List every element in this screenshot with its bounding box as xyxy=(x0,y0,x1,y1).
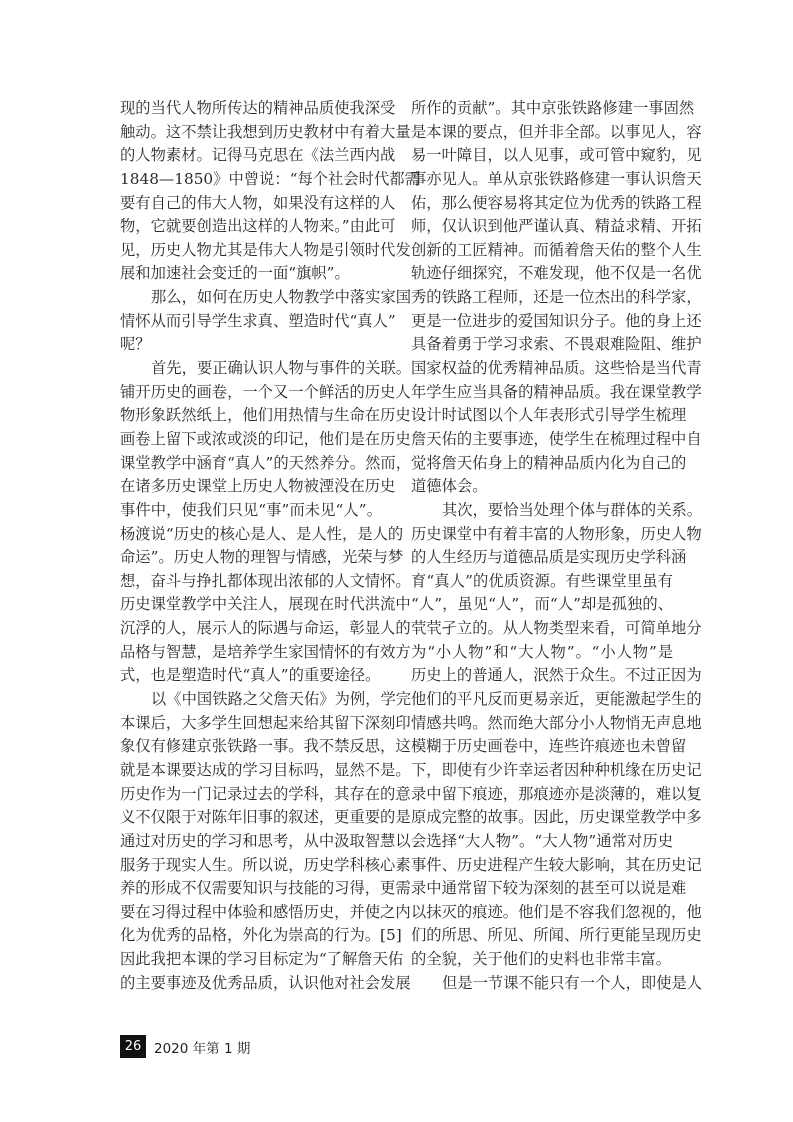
text-line: 轨迹仔细探究，不难发现，他不仅是一名优 xyxy=(411,262,673,286)
text-line: 詹天佑的主要事迹，使学生在梳理过程中自 xyxy=(411,428,673,452)
text-line: 呢？ xyxy=(120,333,382,357)
text-line: 的人物素材。记得马克思在《法兰西内战 xyxy=(120,144,382,168)
text-line: 就是本课要达成的学习目标吗，显然不是。 xyxy=(120,759,382,783)
text-line: 物形象跃然纸上，他们用热情与生命在历史 xyxy=(120,404,382,428)
text-line: 历史课堂教学中关注人，展现在时代洪流中 xyxy=(120,593,382,617)
text-line: 秀的铁路工程师，还是一位杰出的科学家， xyxy=(411,286,673,310)
text-line: 原成完整的故事。因此，历史课堂教学中多 xyxy=(411,806,673,830)
text-line: 养的形成不仅需要知识与技能的习得，更需 xyxy=(120,877,382,901)
text-line: 课堂教学中涵育“真人”的天然养分。然而， xyxy=(120,452,382,476)
text-line: 本课后，大多学生回想起来给其留下深刻印 xyxy=(120,712,382,736)
text-line: 想，奋斗与挣扎都体现出浓郁的人文情怀。 xyxy=(120,570,382,594)
text-line: 为“小人物”和“大人物”。“小人物”是 xyxy=(411,641,673,665)
text-line: 情感共鸣。然而绝大部分小人物悄无声息地 xyxy=(411,712,673,736)
text-line: 因此我把本课的学习目标定为“了解詹天佑 xyxy=(120,948,382,972)
text-line: 历史课堂中有着丰富的人物形象，历史人物 xyxy=(411,523,673,547)
text-line: 国家权益的优秀精神品质。这些恰是当代青 xyxy=(411,357,673,381)
text-line: 式，也是塑造时代“真人”的重要途径。 xyxy=(120,664,382,688)
text-line: 命运”。历史人物的理智与情感，光荣与梦 xyxy=(120,546,382,570)
text-line: 首先，要正确认识人物与事件的关联。 xyxy=(120,357,382,381)
left-column: 现的当代人物所传达的精神品质使我深受触动。这不禁让我想到历史教材中有着大量的人物… xyxy=(120,97,382,995)
text-line: 历史上的普通人，泯然于众生。不过正因为 xyxy=(411,664,673,688)
issue-label: 2020 年第 1 期 xyxy=(154,1037,250,1057)
text-line: 画卷上留下或浓或淡的印记，他们是在历史 xyxy=(120,428,382,452)
page-number: 26 xyxy=(120,1035,146,1058)
text-line: 要有自己的伟大人物，如果没有这样的人 xyxy=(120,192,382,216)
text-line: 录中留下痕迹，那痕迹亦是淡薄的，难以复 xyxy=(411,783,673,807)
text-line: 是本课的要点，但并非全部。以事见人，容 xyxy=(411,121,673,145)
text-line: 沉浮的人，展示人的际遇与命运，彰显人的 xyxy=(120,617,382,641)
text-line: 易一叶障目，以人见事，或可管中窥豹，见 xyxy=(411,144,673,168)
text-line: 那么，如何在历史人物教学中落实家国 xyxy=(120,286,382,310)
text-line: 历史作为一门记录过去的学科，其存在的意 xyxy=(120,783,382,807)
text-line: 觉将詹天佑身上的精神品质内化为自己的 xyxy=(411,452,673,476)
text-line: 见，历史人物尤其是伟大人物是引领时代发 xyxy=(120,239,382,263)
text-line: 更是一位进步的爱国知识分子。他的身上还 xyxy=(411,310,673,334)
text-line: 通过对历史的学习和思考，从中汲取智慧以 xyxy=(120,830,382,854)
text-line: 设计时试图以个人年表形式引导学生梳理 xyxy=(411,404,673,428)
text-line: 会选择“大人物”。“大人物”通常对历史 xyxy=(411,830,673,854)
text-line: 创新的工匠精神。而循着詹天佑的整个人生 xyxy=(411,239,673,263)
text-line: 茕茕孑立的。从人物类型来看，可简单地分 xyxy=(411,617,673,641)
text-line: 育“真人”的优质资源。有些课堂里虽有 xyxy=(411,570,673,594)
text-line: 其次，要恰当处理个体与群体的关系。 xyxy=(411,499,673,523)
text-line: 化为优秀的品格，外化为崇高的行为。[5] xyxy=(120,924,382,948)
text-line: 义不仅限于对陈年旧事的叙述，更重要的是 xyxy=(120,806,382,830)
text-line: 以抹灭的痕迹。他们是不容我们忽视的，他 xyxy=(411,901,673,925)
text-line: 以《中国铁路之父詹天佑》为例，学完 xyxy=(120,688,382,712)
right-column: 所作的贡献”。其中京张铁路修建一事固然是本课的要点，但并非全部。以事见人，容易一… xyxy=(411,97,673,995)
text-line: 物，它就要创造出这样的人物来。”由此可 xyxy=(120,215,382,239)
text-line: 师，仅认识到他严谨认真、精益求精、开拓 xyxy=(411,215,673,239)
text-line: 的全貌，关于他们的史料也非常丰富。 xyxy=(411,948,673,972)
text-line: 在诸多历史课堂上历史人物被湮没在历史 xyxy=(120,475,382,499)
text-line: 具备着勇于学习求索、不畏艰难险阻、维护 xyxy=(411,333,673,357)
text-line: 杨渡说“历史的核心是人、是人性，是人的 xyxy=(120,523,382,547)
text-line: 展和加速社会变迁的一面“旗帜”。 xyxy=(120,262,382,286)
text-line: 铺开历史的画卷，一个又一个鲜活的历史人 xyxy=(120,381,382,405)
text-line: 所作的贡献”。其中京张铁路修建一事固然 xyxy=(411,97,673,121)
text-line: 要在习得过程中体验和感悟历史，并使之内 xyxy=(120,901,382,925)
text-line: 录中通常留下较为深刻的甚至可以说是难 xyxy=(411,877,673,901)
text-line: 事件、历史进程产生较大影响，其在历史记 xyxy=(411,854,673,878)
text-line: 的人生经历与道德品质是实现历史学科涵 xyxy=(411,546,673,570)
text-line: 品格与智慧，是培养学生家国情怀的有效方 xyxy=(120,641,382,665)
text-line: 道德体会。 xyxy=(411,475,673,499)
text-line: 现的当代人物所传达的精神品质使我深受 xyxy=(120,97,382,121)
text-line: 1848—1850》中曾说：“每个社会时代都需 xyxy=(120,168,382,192)
text-line: 们的所思、所见、所闻、所行更能呈现历史 xyxy=(411,924,673,948)
text-line: 下，即使有少许幸运者因种种机缘在历史记 xyxy=(411,759,673,783)
text-line: 事件中，使我们只见“事”而未见“人”。 xyxy=(120,499,382,523)
text-line: 但是一节课不能只有一个人，即使是人 xyxy=(411,972,673,996)
text-line: 服务于现实人生。所以说，历史学科核心素 xyxy=(120,854,382,878)
text-line: 象仅有修建京张铁路一事。我不禁反思，这 xyxy=(120,735,382,759)
text-line: 模糊于历史画卷中，连些许痕迹也未曾留 xyxy=(411,735,673,759)
text-line: “人”，虽见“人”，而“人”却是孤独的、 xyxy=(411,593,673,617)
text-line: 他们的平凡反而更易亲近，更能激起学生的 xyxy=(411,688,673,712)
text-line: 的主要事迹及优秀品质，认识他对社会发展 xyxy=(120,972,382,996)
page-footer: 26 2020 年第 1 期 xyxy=(120,1035,250,1058)
text-line: 佑，那么便容易将其定位为优秀的铁路工程 xyxy=(411,192,673,216)
text-line: 事亦见人。单从京张铁路修建一事认识詹天 xyxy=(411,168,673,192)
text-line: 年学生应当具备的精神品质。我在课堂教学 xyxy=(411,381,673,405)
text-line: 触动。这不禁让我想到历史教材中有着大量 xyxy=(120,121,382,145)
text-line: 情怀从而引导学生求真、塑造时代“真人” xyxy=(120,310,382,334)
